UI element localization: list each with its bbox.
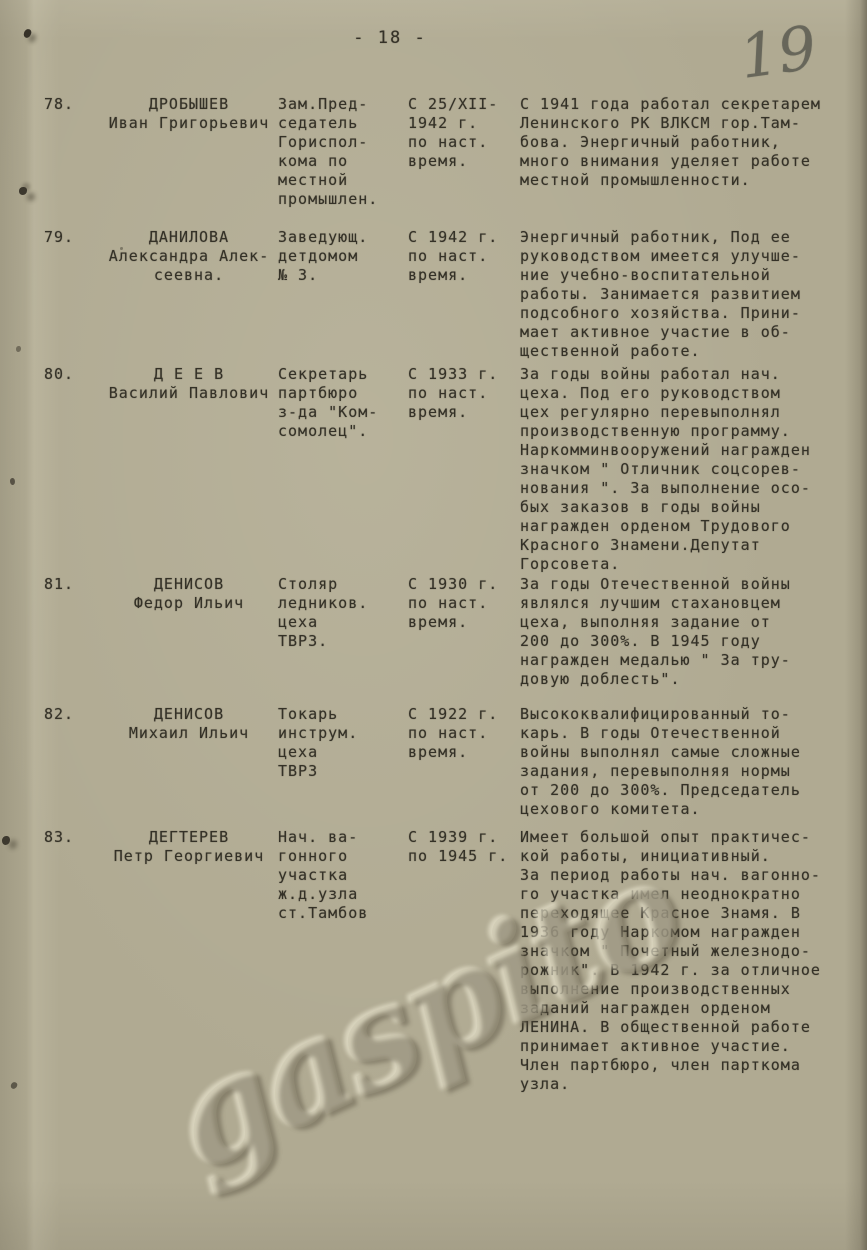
entry-name: ДЕГТЕРЕВ Петр Георгиевич: [100, 828, 278, 866]
entry-row: 79. ДАНИЛОВА Александра Алек- сеевна. За…: [0, 228, 867, 365]
entry-description: С 1941 года работал секретарем Ленинског…: [520, 95, 867, 190]
personnel-list: 78. ДРОБЫШЕВ Иван Григорьевич Зам.Пред- …: [0, 95, 867, 1094]
entry-description: Имеет большой опыт практичес- кой работы…: [520, 828, 867, 1094]
entry-name: ДАНИЛОВА Александра Алек- сеевна.: [100, 228, 278, 285]
entry-description: За годы Отечественной войны являлся лучш…: [520, 575, 867, 689]
page-number: - 18 -: [0, 28, 780, 48]
entry-row: 81. ДЕНИСОВ Федор Ильич Столяр ледников.…: [0, 575, 867, 705]
entry-number: 80.: [44, 365, 100, 384]
entry-period: С 1922 г. по наст. время.: [408, 705, 520, 762]
entry-position: Столяр ледников. цеха ТВРЗ.: [278, 575, 408, 651]
entry-description: Высококвалифицированный то- карь. В годы…: [520, 705, 867, 819]
entry-name: Д Е Е В Василий Павлович: [100, 365, 278, 403]
entry-period: С 1939 г. по 1945 г.: [408, 828, 520, 866]
entry-period: С 25/XII- 1942 г. по наст. время.: [408, 95, 520, 171]
entry-number: 79.: [44, 228, 100, 247]
entry-position: Заведующ. детдомом № 3.: [278, 228, 408, 285]
handwritten-folio-number: 19: [736, 13, 821, 93]
entry-period: С 1942 г. по наст. время.: [408, 228, 520, 285]
entry-position: Нач. ва- гонного участка ж.д.узла ст.Там…: [278, 828, 408, 923]
entry-name: ДРОБЫШЕВ Иван Григорьевич: [100, 95, 278, 133]
entry-period: С 1930 г. по наст. время.: [408, 575, 520, 632]
entry-number: 81.: [44, 575, 100, 594]
entry-position: Зам.Пред- седатель Гориспол- кома по мес…: [278, 95, 408, 209]
entry-position: Токарь инструм. цеха ТВРЗ: [278, 705, 408, 781]
entry-period: С 1933 г. по наст. время.: [408, 365, 520, 422]
entry-name: ДЕНИСОВ Михаил Ильич: [100, 705, 278, 743]
entry-number: 78.: [44, 95, 100, 114]
entry-row: 83. ДЕГТЕРЕВ Петр Георгиевич Нач. ва- го…: [0, 828, 867, 1094]
entry-row: 78. ДРОБЫШЕВ Иван Григорьевич Зам.Пред- …: [0, 95, 867, 228]
entry-number: 83.: [44, 828, 100, 847]
scanned-document-page: - 18 - 19 78. ДРОБЫШЕВ Иван Григорьевич …: [0, 0, 867, 1250]
entry-position: Секретарь партбюро з-да "Ком- сомолец".: [278, 365, 408, 441]
entry-row: 80. Д Е Е В Василий Павлович Секретарь п…: [0, 365, 867, 575]
entry-description: Энергичный работник, Под ее руководством…: [520, 228, 867, 361]
entry-number: 82.: [44, 705, 100, 724]
entry-row: 82. ДЕНИСОВ Михаил Ильич Токарь инструм.…: [0, 705, 867, 828]
entry-name: ДЕНИСОВ Федор Ильич: [100, 575, 278, 613]
entry-description: За годы войны работал нач. цеха. Под его…: [520, 365, 867, 574]
